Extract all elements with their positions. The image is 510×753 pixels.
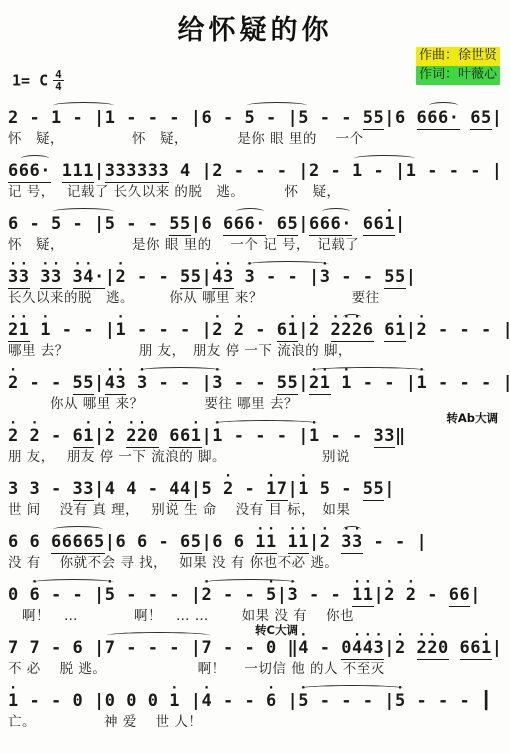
notation-line-2: 666· 111|333333 4 |2 - - - |2 - 1 - |1 -… — [8, 152, 502, 182]
score-system-7: 转Ab大调 2 2 - 61|2 220 661|1 - - - |1 - - … — [8, 417, 502, 467]
score-system-8: 3 3 - 33|4 4 - 44|5 2 - 17|1 5 - 55| 世 间… — [8, 470, 502, 520]
lyrics-line-5: 哪里 去？ 朋 友， 朋友 停 一下 流浪的 脚， — [8, 342, 502, 361]
composer-credit: 作曲：徐世贤 — [416, 47, 500, 66]
score-system-6: 2 - - 55|43 3 - - |3 - - 55|21 1 - - |1 … — [8, 364, 502, 414]
notation-line-5: 21 1 - - |1 - - - |2 2 - 61|2 2226 61|2 … — [8, 311, 502, 341]
score-system-5: 21 1 - - |1 - - - |2 2 - 61|2 2226 61|2 … — [8, 311, 502, 361]
composer-credit-label: 作曲：徐世贤 — [416, 47, 500, 66]
lyrics-line-1: 怀 疑， 怀 疑， 是你 眼 里的 一个 — [8, 130, 502, 149]
notation-line-7: 2 2 - 61|2 220 661|1 - - - |1 - - 33‖ — [8, 417, 502, 447]
lyrics-line-6: 你从 哪里 来？ 要往 哪里 去？ — [8, 395, 502, 414]
time-signature: 44 — [53, 69, 64, 93]
score-system-10: 0 6 - - |5 - - - |2 - - 5|3 - - 11|2 2 -… — [8, 576, 502, 626]
notation-line-10: 0 6 - - |5 - - - |2 - - 5|3 - - 11|2 2 -… — [8, 576, 502, 606]
key-signature: 1= C44 — [12, 69, 64, 93]
notation-line-8: 3 3 - 33|4 4 - 44|5 2 - 17|1 5 - 55| — [8, 470, 502, 500]
notation-line-1: 2 - 1 - |1 - - - |6 - 5 - |5 - - 55|6 66… — [8, 99, 502, 129]
score: 2 - 1 - |1 - - - |6 - 5 - |5 - - 55|6 66… — [8, 99, 502, 732]
score-system-4: 33 33 34·|2 - - 55|43 3 - - |3 - - 55| 长… — [8, 258, 502, 308]
lyrics-line-7: 朋 友， 朋友 停 一下 流浪的 脚。 别说 — [8, 448, 502, 467]
lyrics-line-11: 不 必 脱 逃。 啊！ 一切信 他 的人 不至灭 — [8, 660, 502, 679]
score-system-1: 2 - 1 - |1 - - - |6 - 5 - |5 - - 55|6 66… — [8, 99, 502, 149]
lyrics-line-4: 长久以来的脱 逃。 你从 哪里 来？ 要往 — [8, 289, 502, 308]
score-system-3: 6 - 5 - |5 - - 55|6 666· 65|666· 661| 怀 … — [8, 205, 502, 255]
lyrics-line-2: 记 号， 记载了 长久以来 的脱 逃。 怀 疑， — [8, 183, 502, 202]
header-row: 1= C44 作曲：徐世贤 作词：叶薇心 — [8, 47, 502, 95]
lyrics-line-12: 亡。 神 爱 世 人！ — [8, 713, 502, 732]
lyrics-line-9: 没 有 你就不会 寻 找， 如果 没 有 你也不必 逃。 — [8, 554, 502, 573]
score-system-2: 666· 111|333333 4 |2 - - - |2 - 1 - |1 -… — [8, 152, 502, 202]
score-system-11: 转C大调 7 7 - 6 |7 - - - |7 - - 0 ‖4 - 0443… — [8, 629, 502, 679]
notation-line-9: 6 6 66665|6 6 - 65|6 6 11 11|2 33 - - | — [8, 523, 502, 553]
notation-line-3: 6 - 5 - |5 - - 55|6 666· 65|666· 661| — [8, 205, 502, 235]
score-system-12: 1 - - 0 |0 0 0 1 |4 - - 6 |5 - - - |5 - … — [8, 682, 502, 732]
score-system-9: 6 6 66665|6 6 - 65|6 6 11 11|2 33 - - | … — [8, 523, 502, 573]
meter-denominator: 4 — [53, 81, 64, 93]
lyricist-credit: 作词：叶薇心 — [416, 66, 500, 85]
notation-line-12: 1 - - 0 |0 0 0 1 |4 - - 6 |5 - - - |5 - … — [8, 682, 502, 712]
song-title: 给怀疑的你 — [8, 8, 502, 47]
credits: 作曲：徐世贤 作词：叶薇心 — [416, 47, 500, 85]
key-text: 1= C — [12, 71, 48, 89]
notation-line-6: 2 - - 55|43 3 - - |3 - - 55|21 1 - - |1 … — [8, 364, 502, 394]
lyrics-line-3: 怀 疑， 是你 眼 里的 一个 记 号， 记载了 — [8, 236, 502, 255]
lyricist-credit-label: 作词：叶薇心 — [416, 66, 500, 85]
lyrics-line-8: 世 间 没有 真 理， 别说 生 命 没有 目 标， 如果 — [8, 501, 502, 520]
notation-line-4: 33 33 34·|2 - - 55|43 3 - - |3 - - 55| — [8, 258, 502, 288]
sheet-music-page: 给怀疑的你 1= C44 作曲：徐世贤 作词：叶薇心 2 - 1 - |1 - … — [0, 0, 510, 732]
modulation-ab-annotation: 转Ab大调 — [446, 410, 498, 426]
modulation-c-annotation: 转C大调 — [255, 622, 298, 638]
